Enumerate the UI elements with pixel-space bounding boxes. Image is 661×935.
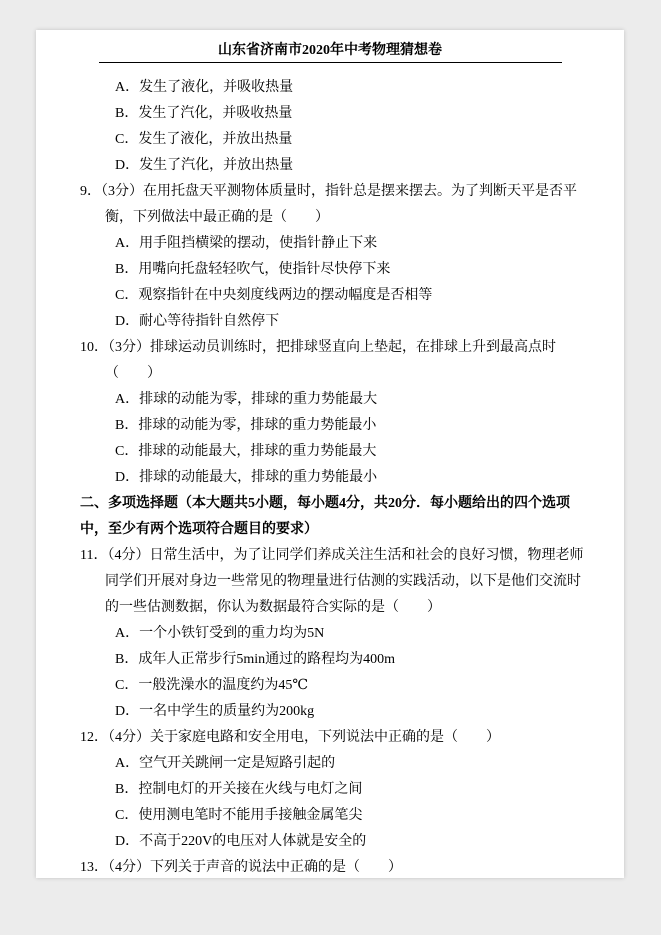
q10-option-c: C．排球的动能最大，排球的重力势能最大	[80, 439, 584, 465]
option-label: D．	[115, 704, 139, 719]
q10-option-b: B．排球的动能为零，排球的重力势能最小	[80, 413, 584, 439]
option-label: A．	[115, 80, 139, 95]
option-text: 排球的动能为零，排球的重力势能最小	[138, 418, 376, 433]
q10-stem: 10．（3分）排球运动员训练时，把排球竖直向上垫起，在排球上升到最高点时（ ）	[80, 335, 584, 387]
option-text: 发生了汽化，并吸收热量	[138, 106, 292, 121]
option-label: A．	[115, 392, 139, 407]
q12-option-c: C．使用测电笔时不能用手接触金属笔尖	[80, 803, 584, 829]
option-label: D．	[115, 158, 139, 173]
q11-option-a: A．一个小铁钉受到的重力均为5N	[80, 621, 584, 647]
section-2-heading: 二、多项选择题（本大题共5小题，每小题4分，共20分．每小题给出的四个选项中，至…	[80, 491, 584, 543]
option-label: A．	[115, 236, 139, 251]
q12-option-b: B．控制电灯的开关接在火线与电灯之间	[80, 777, 584, 803]
question-text: 关于家庭电路和安全用电，下列说法中正确的是（ ）	[150, 730, 500, 745]
option-label: C．	[115, 808, 138, 823]
option-label: A．	[115, 626, 139, 641]
q12-stem: 12．（4分）关于家庭电路和安全用电，下列说法中正确的是（ ）	[80, 725, 584, 751]
option-text: 空气开关跳闸一定是短路引起的	[139, 756, 335, 771]
question-text: 排球运动员训练时，把排球竖直向上垫起，在排球上升到最高点时（ ）	[105, 340, 556, 381]
option-text: 发生了液化，并吸收热量	[139, 80, 293, 95]
option-label: C．	[115, 132, 138, 147]
question-number: 11．（4分）	[80, 548, 149, 563]
exam-page: 山东省济南市2020年中考物理猜想卷 A．发生了液化，并吸收热量 B．发生了汽化…	[36, 30, 624, 878]
option-text: 控制电灯的开关接在火线与电灯之间	[138, 782, 362, 797]
option-label: B．	[115, 418, 138, 433]
document-viewer: 山东省济南市2020年中考物理猜想卷 A．发生了液化，并吸收热量 B．发生了汽化…	[0, 0, 661, 935]
q9-stem: 9．（3分）在用托盘天平测物体质量时，指针总是摆来摆去。为了判断天平是否平衡，下…	[80, 179, 584, 231]
question-number: 9．（3分）	[80, 184, 143, 199]
option-text: 观察指针在中央刻度线两边的摆动幅度是否相等	[138, 288, 432, 303]
question-number: 12．（4分）	[80, 730, 150, 745]
question-number: 10．（3分）	[80, 340, 150, 355]
option-text: 排球的动能最大，排球的重力势能最大	[138, 444, 376, 459]
option-text: 排球的动能最大，排球的重力势能最小	[139, 470, 377, 485]
option-label: A．	[115, 756, 139, 771]
option-label: B．	[115, 106, 138, 121]
exam-content: A．发生了液化，并吸收热量 B．发生了汽化，并吸收热量 C．发生了液化，并放出热…	[80, 75, 584, 881]
option-label: B．	[115, 262, 138, 277]
option-label: D．	[115, 314, 139, 329]
option-text: 一般洗澡水的温度约为45℃	[138, 678, 308, 693]
page-title: 山东省济南市2020年中考物理猜想卷	[36, 42, 624, 60]
option-text: 使用测电笔时不能用手接触金属笔尖	[138, 808, 362, 823]
option-text: 一个小铁钉受到的重力均为5N	[139, 626, 324, 641]
question-number: 13．（4分）	[80, 860, 150, 875]
q11-option-d: D．一名中学生的质量约为200kg	[80, 699, 584, 725]
option-text: 用手阻挡横梁的摆动，使指针静止下来	[139, 236, 377, 251]
q9-option-c: C．观察指针在中央刻度线两边的摆动幅度是否相等	[80, 283, 584, 309]
option-text: 排球的动能为零，排球的重力势能最大	[139, 392, 377, 407]
question-text: 日常生活中，为了让同学们养成关注生活和社会的良好习惯，物理老师同学们开展对身边一…	[105, 548, 583, 615]
q8-option-d: D．发生了汽化，并放出热量	[80, 153, 584, 179]
q12-option-d: D．不高于220V的电压对人体就是安全的	[80, 829, 584, 855]
option-text: 耐心等待指针自然停下	[139, 314, 279, 329]
option-label: C．	[115, 288, 138, 303]
q9-option-b: B．用嘴向托盘轻轻吹气，使指针尽快停下来	[80, 257, 584, 283]
q8-option-a: A．发生了液化，并吸收热量	[80, 75, 584, 101]
q11-stem: 11．（4分）日常生活中，为了让同学们养成关注生活和社会的良好习惯，物理老师同学…	[80, 543, 584, 621]
option-label: B．	[115, 652, 138, 667]
option-label: C．	[115, 678, 138, 693]
option-text: 成年人正常步行5min通过的路程均为400m	[138, 652, 395, 667]
q8-option-c: C．发生了液化，并放出热量	[80, 127, 584, 153]
option-text: 不高于220V的电压对人体就是安全的	[139, 834, 366, 849]
q10-option-d: D．排球的动能最大，排球的重力势能最小	[80, 465, 584, 491]
header-divider	[99, 62, 562, 63]
q9-option-a: A．用手阻挡横梁的摆动，使指针静止下来	[80, 231, 584, 257]
option-label: B．	[115, 782, 138, 797]
option-text: 一名中学生的质量约为200kg	[139, 704, 314, 719]
q9-option-d: D．耐心等待指针自然停下	[80, 309, 584, 335]
option-text: 发生了液化，并放出热量	[138, 132, 292, 147]
option-text: 发生了汽化，并放出热量	[139, 158, 293, 173]
q13-stem: 13．（4分）下列关于声音的说法中正确的是（ ）	[80, 855, 584, 881]
q11-option-b: B．成年人正常步行5min通过的路程均为400m	[80, 647, 584, 673]
q11-option-c: C．一般洗澡水的温度约为45℃	[80, 673, 584, 699]
option-label: D．	[115, 470, 139, 485]
q12-option-a: A．空气开关跳闸一定是短路引起的	[80, 751, 584, 777]
option-label: D．	[115, 834, 139, 849]
q10-option-a: A．排球的动能为零，排球的重力势能最大	[80, 387, 584, 413]
question-text: 在用托盘天平测物体质量时，指针总是摆来摆去。为了判断天平是否平衡，下列做法中最正…	[105, 184, 577, 225]
q8-option-b: B．发生了汽化，并吸收热量	[80, 101, 584, 127]
question-text: 下列关于声音的说法中正确的是（ ）	[150, 860, 402, 875]
option-text: 用嘴向托盘轻轻吹气，使指针尽快停下来	[138, 262, 390, 277]
option-label: C．	[115, 444, 138, 459]
